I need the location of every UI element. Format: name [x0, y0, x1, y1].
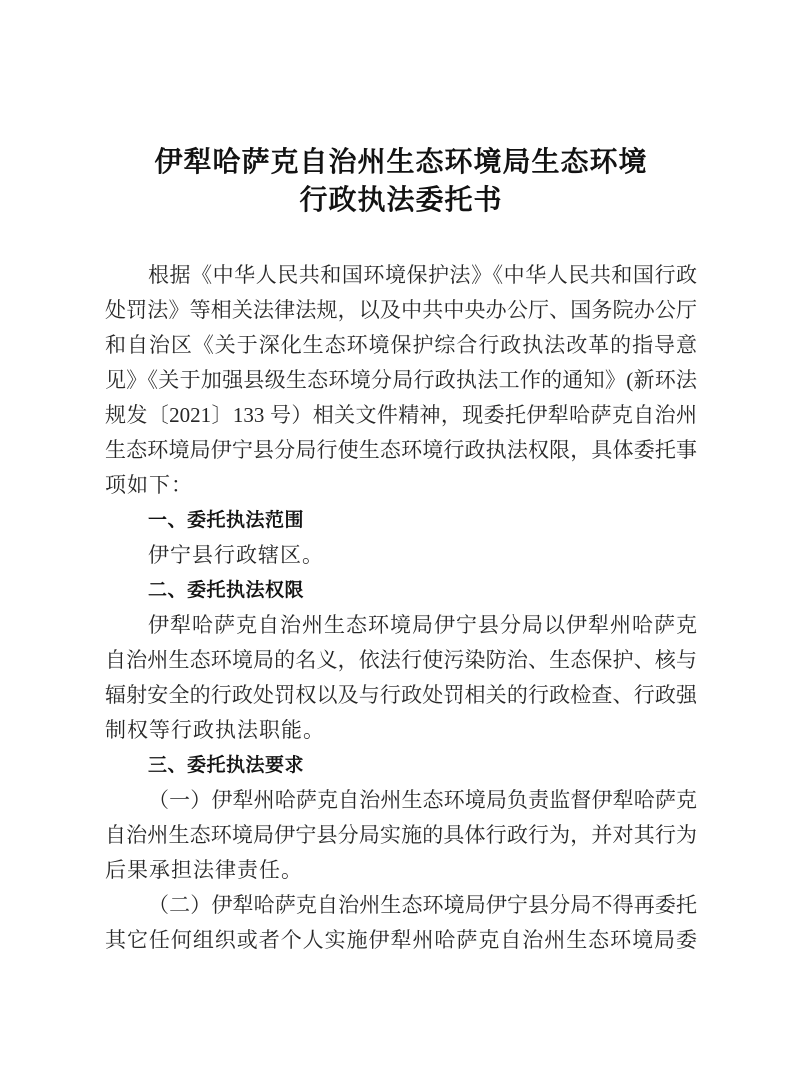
body-line: 制权等行政执法职能。	[105, 713, 697, 748]
body-line: 其它任何组织或者个人实施伊犁州哈萨克自治州生态环境局委	[105, 923, 697, 958]
document-title-line-1: 伊犁哈萨克自治州生态环境局生态环境	[105, 144, 697, 182]
document-page: 伊犁哈萨克自治州生态环境局生态环境 行政执法委托书 根据《中华人民共和国环境保护…	[0, 0, 793, 1085]
section-heading: 一、委托执法范围	[105, 503, 697, 538]
body-line: 后果承担法律责任。	[105, 853, 697, 888]
document-content: 伊犁哈萨克自治州生态环境局生态环境 行政执法委托书 根据《中华人民共和国环境保护…	[105, 144, 697, 958]
body-line: （一）伊犁州哈萨克自治州生态环境局负责监督伊犁哈萨克	[105, 783, 697, 818]
body-line: 和自治区《关于深化生态环境保护综合行政执法改革的指导意	[105, 328, 697, 363]
body-line: 处罚法》等相关法律法规，以及中共中央办公厅、国务院办公厅	[105, 293, 697, 328]
body-line: 根据《中华人民共和国环境保护法》《中华人民共和国行政	[105, 258, 697, 293]
section-heading: 二、委托执法权限	[105, 573, 697, 608]
body-line: 见》《关于加强县级生态环境分局行政执法工作的通知》(新环法	[105, 363, 697, 398]
body-line: 伊犁哈萨克自治州生态环境局伊宁县分局以伊犁州哈萨克	[105, 608, 697, 643]
body-line: 辐射安全的行政处罚权以及与行政处罚相关的行政检查、行政强	[105, 678, 697, 713]
body-line: 项如下：	[105, 468, 697, 503]
document-title-line-2: 行政执法委托书	[105, 182, 697, 220]
document-body: 根据《中华人民共和国环境保护法》《中华人民共和国行政处罚法》等相关法律法规，以及…	[105, 258, 697, 958]
document-title: 伊犁哈萨克自治州生态环境局生态环境 行政执法委托书	[105, 144, 697, 220]
body-line: （二）伊犁哈萨克自治州生态环境局伊宁县分局不得再委托	[105, 888, 697, 923]
section-heading: 三、委托执法要求	[105, 748, 697, 783]
body-line: 伊宁县行政辖区。	[105, 538, 697, 573]
body-line: 自治州生态环境局伊宁县分局实施的具体行政行为，并对其行为	[105, 818, 697, 853]
body-line: 生态环境局伊宁县分局行使生态环境行政执法权限，具体委托事	[105, 433, 697, 468]
body-line: 规发〔2021〕133 号）相关文件精神，现委托伊犁哈萨克自治州	[105, 398, 697, 433]
body-line: 自治州生态环境局的名义，依法行使污染防治、生态保护、核与	[105, 643, 697, 678]
